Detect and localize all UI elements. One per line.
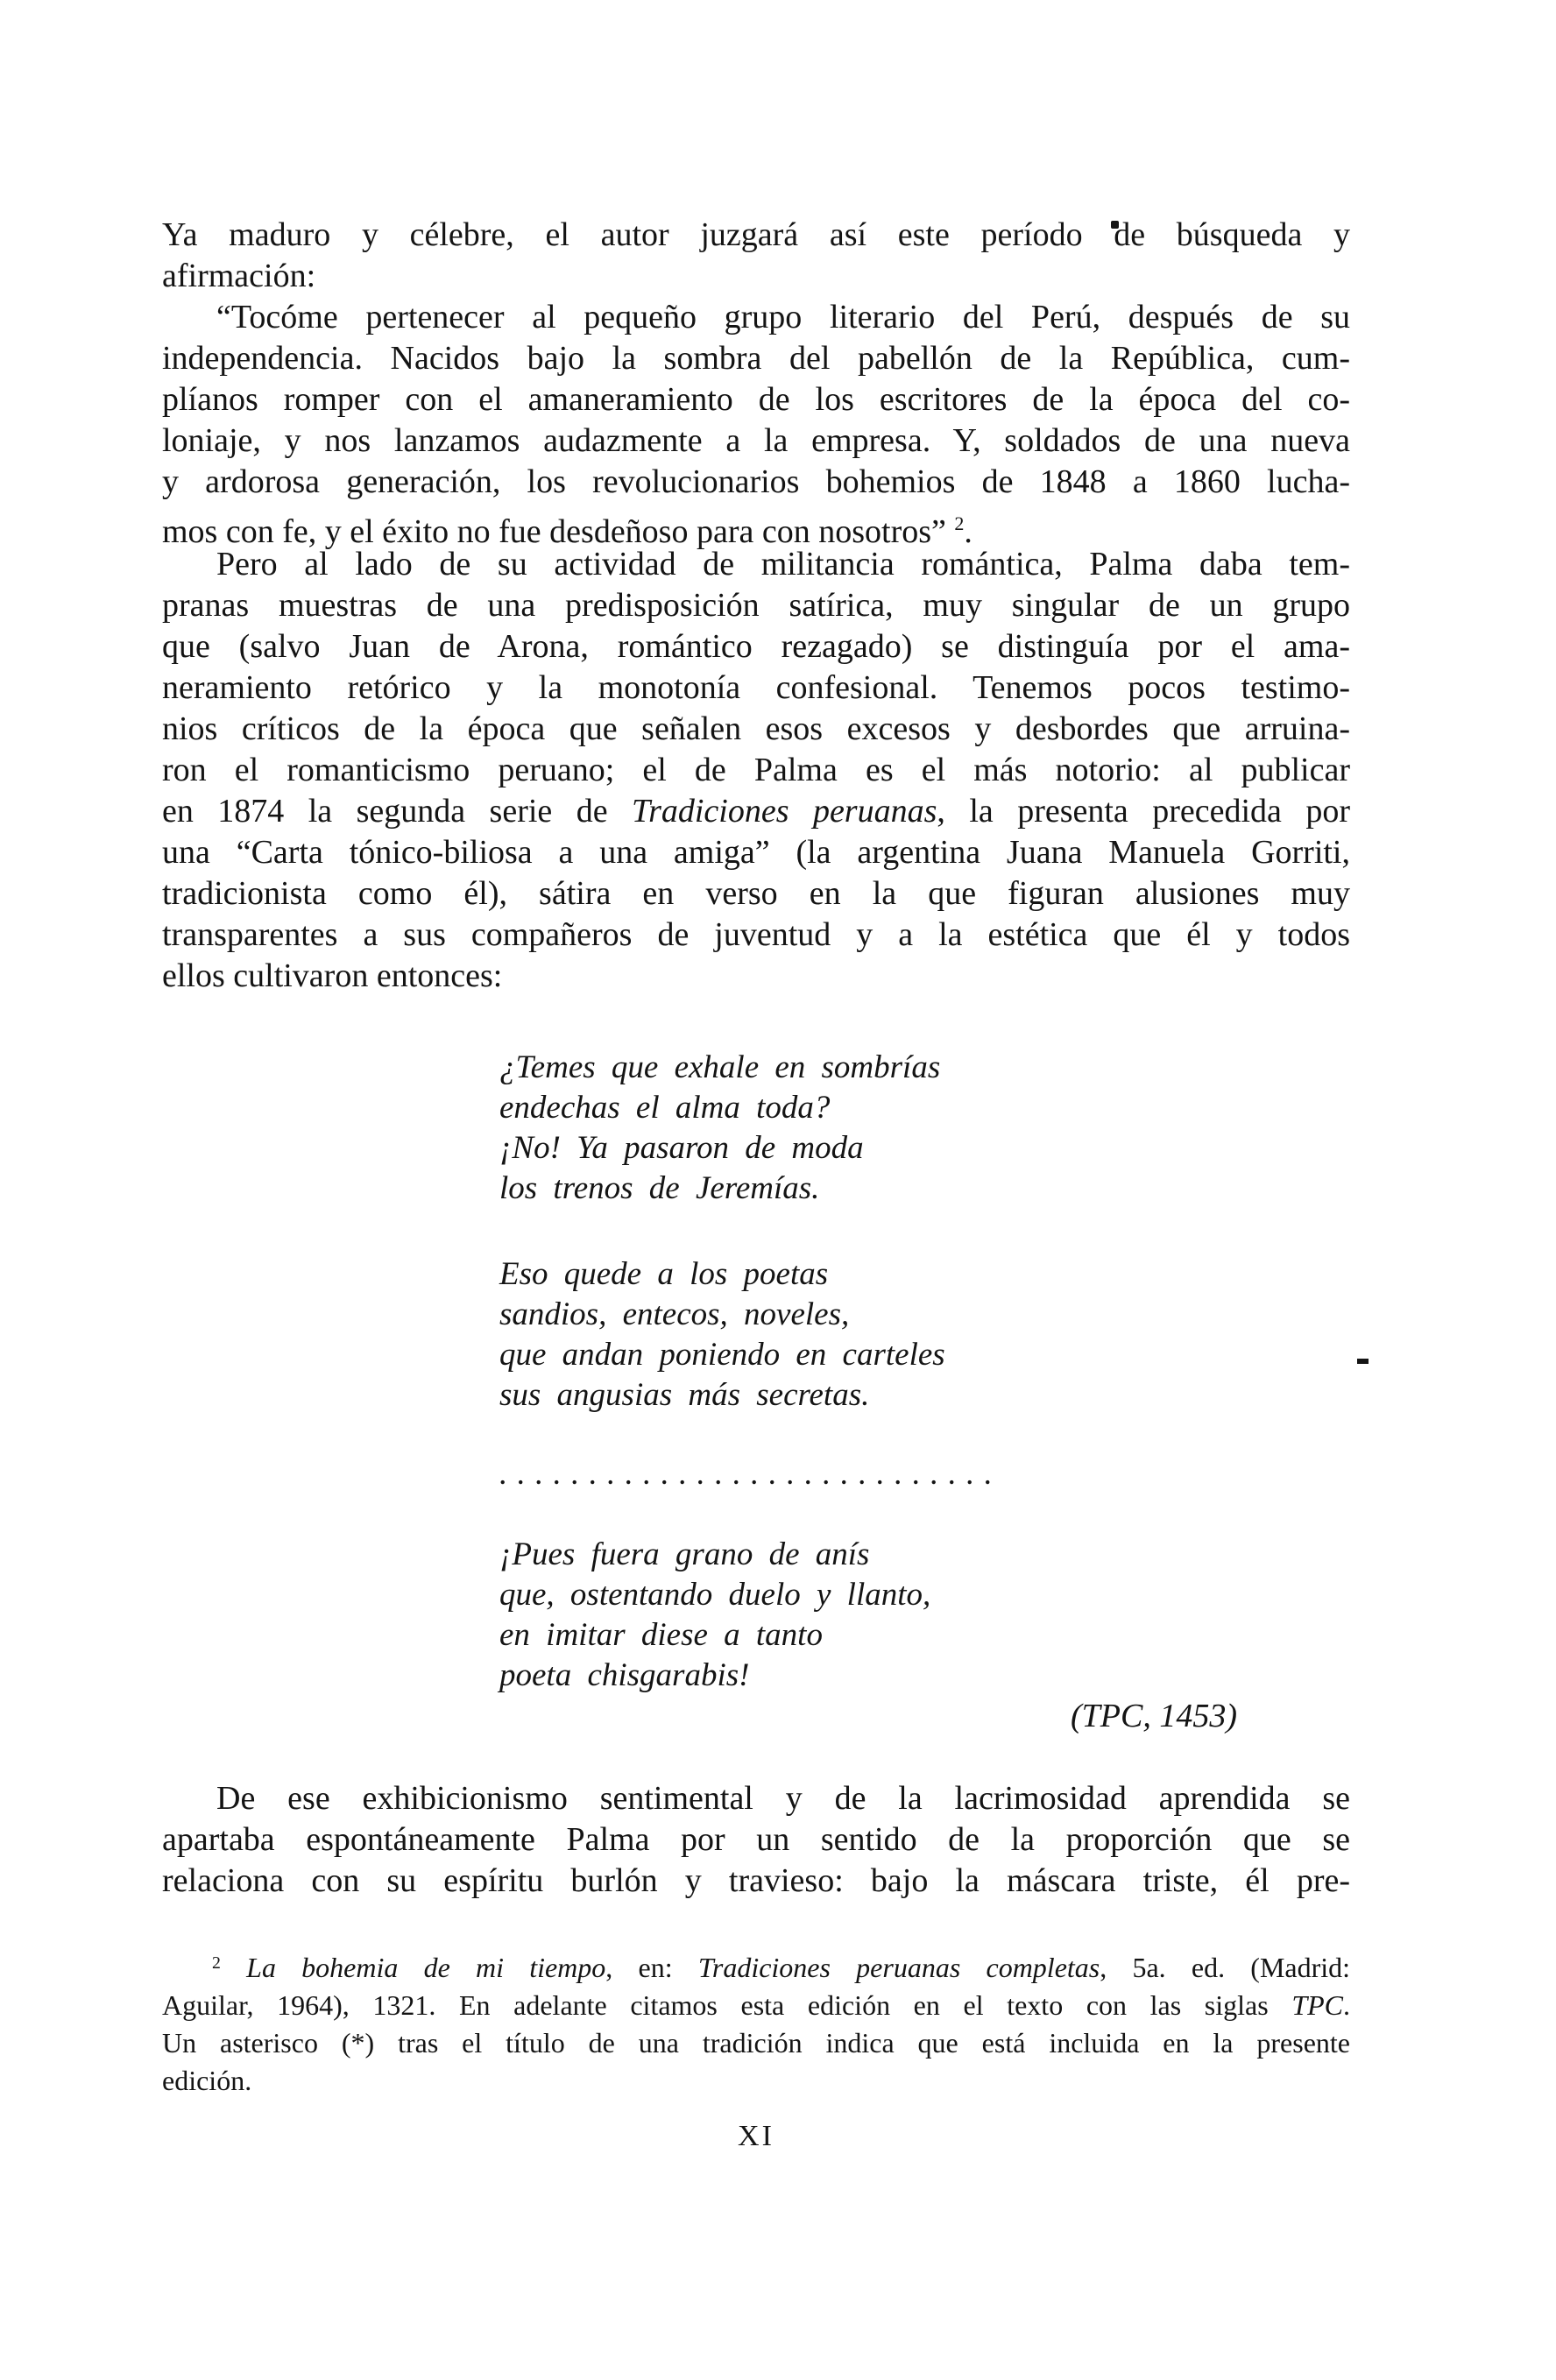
scan-speck: [1357, 1359, 1369, 1364]
footnote: 2 La bohemia de mi tiempo, en: Tradicion…: [162, 1945, 1350, 2100]
text-line: loniaje, y nos lanzamos audazmente a la …: [162, 420, 1350, 462]
poem-citation: (TPC, 1453): [1071, 1696, 1237, 1737]
paragraph-1: Ya maduro y célebre, el autor juzgará as…: [162, 215, 1350, 297]
text-line: independencia. Nacidos bajo la sombra de…: [162, 338, 1350, 379]
text-line: “Tocóme pertenecer al pequeño grupo lite…: [162, 297, 1350, 338]
page-number: XI: [162, 2120, 1350, 2153]
text-segment: , 5a. ed. (Madrid:: [1100, 1952, 1350, 1983]
text-line: ellos cultivaron entonces:: [162, 956, 1350, 997]
poem-ellipsis-line: . . . . . . . . . . . . . . . . . . . . …: [499, 1454, 1113, 1494]
poem-line: que, ostentando duelo y llanto,: [499, 1575, 1218, 1615]
poem-line: poeta chisgarabis!: [499, 1656, 1218, 1696]
poem-line: sus angusias más secretas.: [499, 1375, 1218, 1416]
text-line: apartaba espontáneamente Palma por un se…: [162, 1819, 1350, 1861]
scan-speck: [1111, 221, 1119, 229]
footnote-line: Un asterisco (*) tras el título de una t…: [162, 2024, 1350, 2062]
text-segment: en 1874 la segunda serie de: [162, 793, 632, 830]
footnote-reference: 2: [954, 512, 964, 534]
footnote-line: edición.: [162, 2062, 1350, 2100]
text-line: que (salvo Juan de Arona, romántico reza…: [162, 626, 1350, 667]
poem-line: ¡No! Ya pasaron de moda: [499, 1128, 1218, 1169]
text-segment: .: [1343, 1989, 1350, 2021]
poem-line: ¿Temes que exhale en sombrías: [499, 1048, 1218, 1088]
text-line: afirmación:: [162, 256, 1350, 297]
poem-line: sandios, entecos, noveles,: [499, 1295, 1218, 1335]
poem-stanza-1: ¿Temes que exhale en sombrías endechas e…: [499, 1048, 1218, 1209]
text-line: tradicionista como él), sátira en verso …: [162, 873, 1350, 915]
work-title: La bohemia de mi tiempo: [246, 1952, 605, 1983]
text-line: una “Carta tónico-biliosa a una amiga” (…: [162, 832, 1350, 873]
text-segment: Aguilar, 1964), 1321. En adelante citamo…: [162, 1989, 1291, 2021]
footnote-line: 2 La bohemia de mi tiempo, en: Tradicion…: [162, 1945, 1350, 1987]
poem-stanza-2: Eso quede a los poetas sandios, entecos,…: [499, 1254, 1218, 1416]
text-line: en 1874 la segunda serie de Tradiciones …: [162, 791, 1350, 832]
text-line: ron el romanticismo peruano; el de Palma…: [162, 750, 1350, 791]
poem-line: ¡Pues fuera grano de anís: [499, 1535, 1218, 1575]
paragraph-3: Pero al lado de su actividad de militanc…: [162, 544, 1350, 997]
text-line: Ya maduro y célebre, el autor juzgará as…: [162, 215, 1350, 256]
poem-line: en imitar diese a tanto: [499, 1615, 1218, 1656]
paragraph-2: “Tocóme pertenecer al pequeño grupo lite…: [162, 297, 1350, 553]
text-line: pranas muestras de una predisposición sa…: [162, 585, 1350, 626]
footnote-line: Aguilar, 1964), 1321. En adelante citamo…: [162, 1987, 1350, 2024]
abbreviation: TPC: [1291, 1989, 1343, 2021]
footnote-number: 2: [212, 1953, 221, 1973]
text-segment: , la presenta precedida por: [937, 793, 1350, 830]
text-line: plíanos romper con el amaneramiento de l…: [162, 379, 1350, 420]
text-line: De ese exhibicionismo sentimental y de l…: [162, 1778, 1350, 1819]
text-segment: , en:: [605, 1952, 698, 1983]
paragraph-4: De ese exhibicionismo sentimental y de l…: [162, 1778, 1350, 1902]
poem-line: los trenos de Jeremías.: [499, 1169, 1218, 1209]
text-line: relaciona con su espíritu burlón y travi…: [162, 1861, 1350, 1902]
work-title: Tradiciones peruanas completas: [698, 1952, 1100, 1983]
text-line: nios críticos de la época que señalen es…: [162, 709, 1350, 750]
text-line: Pero al lado de su actividad de militanc…: [162, 544, 1350, 585]
poem-line: que andan poniendo en carteles: [499, 1335, 1218, 1375]
text-line: y ardorosa generación, los revolucionari…: [162, 462, 1350, 503]
text-line: neramiento retórico y la monotonía confe…: [162, 667, 1350, 709]
poem-stanza-3: ¡Pues fuera grano de anís que, ostentand…: [499, 1535, 1218, 1696]
poem-line: Eso quede a los poetas: [499, 1254, 1218, 1295]
book-title: Tradiciones peruanas: [632, 793, 937, 830]
poem-line: endechas el alma toda?: [499, 1088, 1218, 1128]
text-line: transparentes a sus compañeros de juvent…: [162, 915, 1350, 956]
book-page: Ya maduro y célebre, el autor juzgará as…: [0, 0, 1556, 2380]
